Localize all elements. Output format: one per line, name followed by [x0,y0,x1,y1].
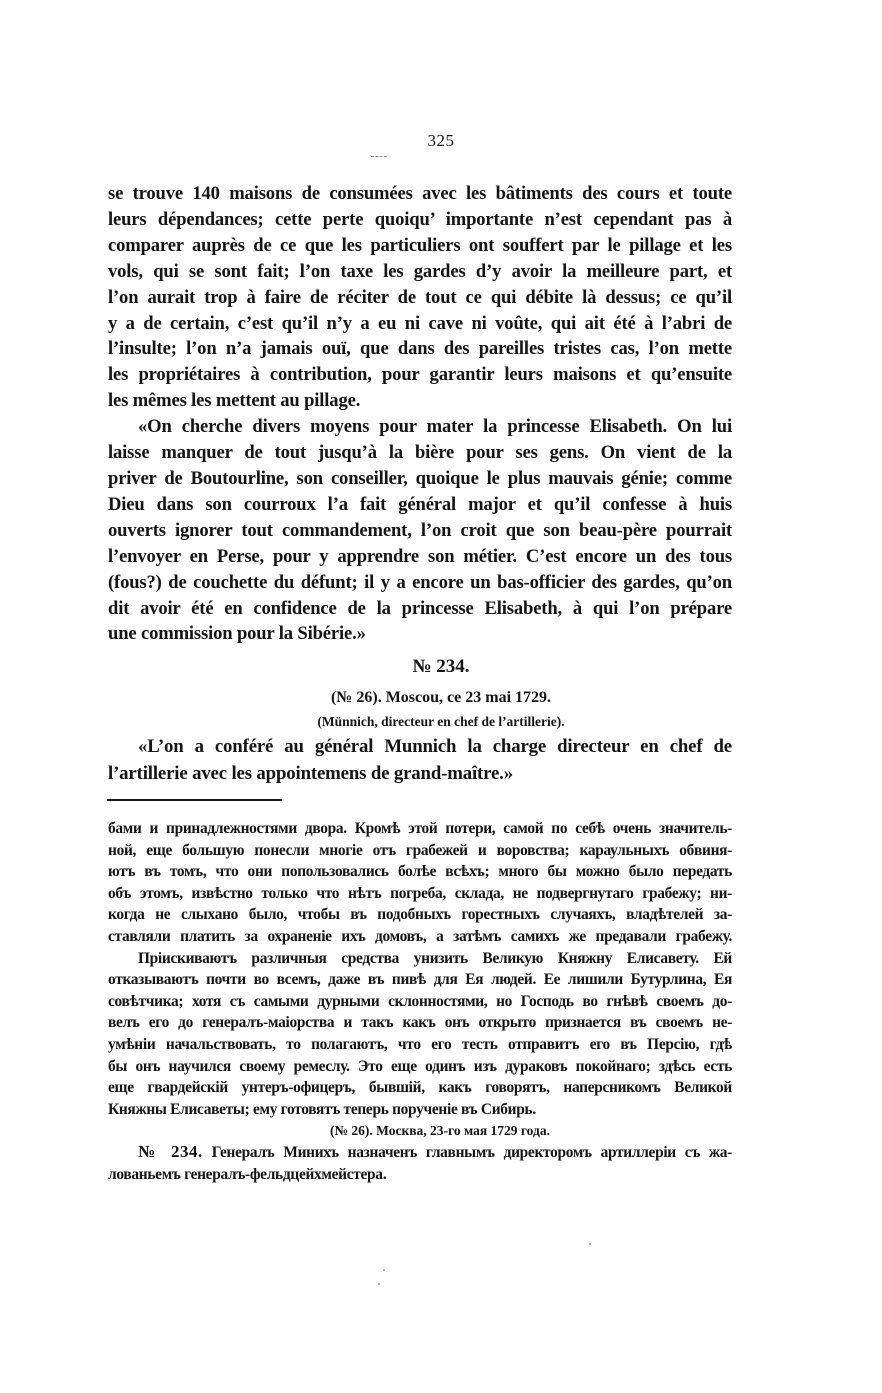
footnote-line: Пріискиваютъ различныя средства унизить … [108,948,732,970]
scan-speck [589,1243,591,1245]
text-line: les propriétaires à contribution, pour g… [108,362,732,388]
footnote-line: когда не слыхано было, чтобы въ подобных… [108,904,732,926]
text-line: ouverts ignorer tout commandement, l’on … [108,518,732,544]
document-quote: «L’on a conféré au général Munnich la ch… [108,733,732,787]
text-line: Dieu dans son courroux l’a fait général … [108,492,732,518]
footnote-line: бами и принадлежностями двора. Кромѣ это… [108,818,732,840]
footnote-divider [107,799,282,801]
main-text: se trouve 140 maisons de consumées avec … [108,181,732,647]
footnote-line: велъ его до генералъ-маіорства и такъ ка… [108,1012,732,1034]
footnote-date-line: (№ 26). Москва, 23-го мая 1729 года. [108,1120,732,1141]
quote-line: «L’on a conféré au général Munnich la ch… [108,733,732,760]
footnote-line: умѣніи начальствовать, то полагаютъ, что… [108,1034,732,1056]
footnote-line: отказываютъ почти во всемъ, даже въ пивѣ… [108,969,732,991]
footnote-line: ной, еще большую понесли многіе отъ граб… [108,840,732,862]
document-date-line: (№ 26). Moscou, ce 23 mai 1729. [0,689,882,707]
text-line: les mêmes les mettent au pillage. [108,388,732,414]
text-line: dit avoir été en confidence de la prince… [108,596,732,622]
text-line: l’envoyer en Perse, pour y apprendre son… [108,544,732,570]
document-page: 325 se trouve 140 maisons de consumées a… [0,0,882,1393]
footnote-line: совѣтчика; хотя съ самыми дурными склонн… [108,991,732,1013]
footnote-translation: бами и принадлежностями двора. Кромѣ это… [108,818,732,1186]
text-line: l’insulte; l’on n’a jamais ouï, que dans… [108,336,732,362]
text-line: l’on aurait trop à faire de réciter de t… [108,285,732,311]
text-line: y a de certain, c’est qu’il n’y a eu ni … [108,311,732,337]
quote-line: l’artillerie avec les appointemens de gr… [108,760,732,787]
page-number-mark [371,156,387,157]
document-subtitle: (Münnich, directeur en chef de l’artille… [0,714,882,730]
footnote-entry-line: лованьемъ генералъ-фельдцейхмейстера. [108,1164,732,1186]
text-line: «On cherche divers moyens pour mater la … [108,414,732,440]
footnote-line: объ этомъ, извѣстно только что нѣтъ погр… [108,883,732,905]
footnote-line: бы онъ научился своему ремеслу. Это еще … [108,1056,732,1078]
text-line: se trouve 140 maisons de consumées avec … [108,181,732,207]
text-line: vols, qui se sont fait; l’on taxe les ga… [108,259,732,285]
footnote-entry-text: Генералъ Минихъ назначенъ главнымъ дирек… [212,1144,732,1161]
text-line: une commission pour la Sibérie.» [108,621,732,647]
scan-speck [383,1269,385,1271]
footnote-line: еще гвардейскій унтеръ-офицеръ, бывшій, … [108,1077,732,1099]
document-number-heading: № 234. [0,656,882,678]
text-line: priver de Boutourline, son conseiller, q… [108,466,732,492]
text-line: (fous?) de couchette du défunt; il y a e… [108,570,732,596]
page-number: 325 [0,131,882,151]
scan-speck [378,1283,380,1285]
footnote-entry-line: № 234. Генералъ Минихъ назначенъ главным… [108,1141,732,1164]
footnote-entry-number: № 234. [138,1142,203,1161]
text-line: laisse manquer de tout jusqu’à la bière … [108,440,732,466]
footnote-line: Княжны Елисаветы; ему готовятъ теперь по… [108,1099,732,1121]
footnote-line: ставляли платить за охраненіе ихъ домовъ… [108,926,732,948]
text-line: comparer auprès de ce que les particulie… [108,233,732,259]
footnote-line: ютъ въ томъ, что они попользовались болѣ… [108,861,732,883]
text-line: leurs dépendances; cette perte quoiqu’ i… [108,207,732,233]
